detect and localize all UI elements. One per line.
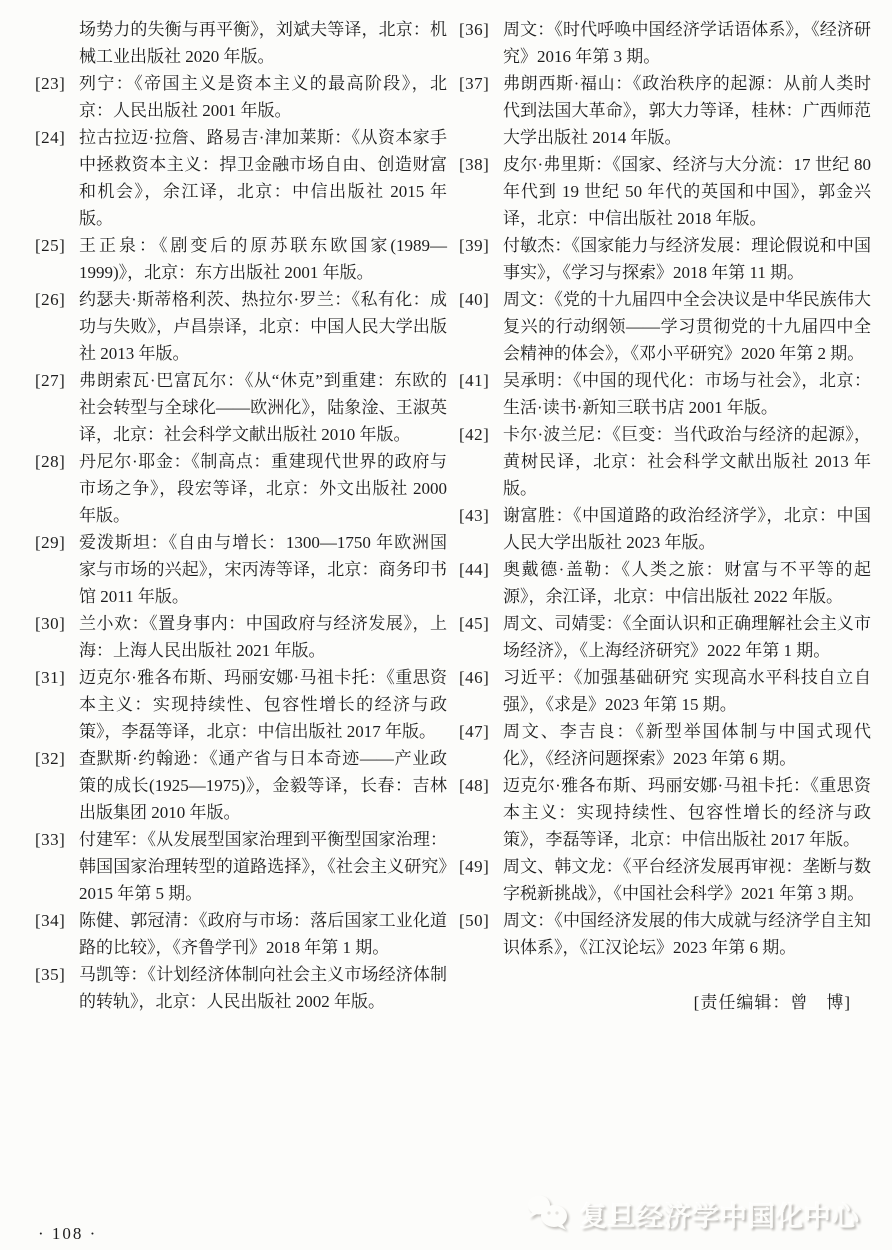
reference-text: 弗朗索瓦·巴富瓦尔：《从“休克”到重建：东欧的社会转型与全球化——欧洲化》，陆象… [79, 367, 447, 448]
reference-text: 付建军：《从发展型国家治理到平衡型国家治理：韩国国家治理转型的道路选择》，《社会… [79, 826, 447, 907]
reference-text: 皮尔·弗里斯：《国家、经济与大分流：17 世纪 80 年代到 19 世纪 50 … [503, 151, 871, 232]
reference-text: 场势力的失衡与再平衡》，刘斌夫等译，北京：机械工业出版社 2020 年版。 [79, 16, 447, 70]
references-column-right: [36]周文：《时代呼唤中国经济学话语体系》，《经济研究》2016 年第 3 期… [459, 16, 871, 1016]
reference-item: [36]周文：《时代呼唤中国经济学话语体系》，《经济研究》2016 年第 3 期… [459, 16, 871, 70]
reference-number: [26] [35, 286, 79, 367]
reference-number: [30] [35, 610, 79, 664]
reference-item: [47]周文、李吉良：《新型举国体制与中国式现代化》，《经济问题探索》2023 … [459, 718, 871, 772]
reference-text: 陈健、郭冠清：《政府与市场：落后国家工业化道路的比较》，《齐鲁学刊》2018 年… [79, 907, 447, 961]
reference-number: [39] [459, 232, 503, 286]
reference-number: [40] [459, 286, 503, 367]
reference-number: [23] [35, 70, 79, 124]
reference-item: [33]付建军：《从发展型国家治理到平衡型国家治理：韩国国家治理转型的道路选择》… [35, 826, 447, 907]
reference-text: 谢富胜：《中国道路的政治经济学》，北京：中国人民大学出版社 2023 年版。 [503, 502, 871, 556]
reference-text: 吴承明：《中国的现代化：市场与社会》，北京：生活·读书·新知三联书店 2001 … [503, 367, 871, 421]
reference-text: 习近平：《加强基础研究 实现高水平科技自立自强》，《求是》2023 年第 15 … [503, 664, 871, 718]
reference-item: [29]爱泼斯坦：《自由与增长：1300—1750 年欧洲国家与市场的兴起》，宋… [35, 529, 447, 610]
reference-item: [31]迈克尔·雅各布斯、玛丽安娜·马祖卡托：《重思资本主义：实现持续性、包容性… [35, 664, 447, 745]
reference-text: 迈克尔·雅各布斯、玛丽安娜·马祖卡托：《重思资本主义：实现持续性、包容性增长的经… [503, 772, 871, 853]
references-column-right-items: [36]周文：《时代呼唤中国经济学话语体系》，《经济研究》2016 年第 3 期… [459, 16, 871, 961]
reference-item: [23]列宁：《帝国主义是资本主义的最高阶段》，北京：人民出版社 2001 年版… [35, 70, 447, 124]
reference-item: [34]陈健、郭冠清：《政府与市场：落后国家工业化道路的比较》，《齐鲁学刊》20… [35, 907, 447, 961]
reference-text: 周文：《时代呼唤中国经济学话语体系》，《经济研究》2016 年第 3 期。 [503, 16, 871, 70]
reference-number: [28] [35, 448, 79, 529]
reference-text: 爱泼斯坦：《自由与增长：1300—1750 年欧洲国家与市场的兴起》，宋丙涛等译… [79, 529, 447, 610]
reference-text: 周文：《党的十九届四中全会决议是中华民族伟大复兴的行动纲领——学习贯彻党的十九届… [503, 286, 871, 367]
reference-text: 周文、韩文龙：《平台经济发展再审视：垄断与数字税新挑战》，《中国社会科学》202… [503, 853, 871, 907]
reference-text: 约瑟夫·斯蒂格利茨、热拉尔·罗兰：《私有化：成功与失败》，卢昌崇译，北京：中国人… [79, 286, 447, 367]
reference-item: [39]付敏杰：《国家能力与经济发展：理论假说和中国事实》，《学习与探索》201… [459, 232, 871, 286]
reference-text: 迈克尔·雅各布斯、玛丽安娜·马祖卡托：《重思资本主义：实现持续性、包容性增长的经… [79, 664, 447, 745]
reference-number: [45] [459, 610, 503, 664]
reference-number: [31] [35, 664, 79, 745]
reference-number: [44] [459, 556, 503, 610]
references-section: 场势力的失衡与再平衡》，刘斌夫等译，北京：机械工业出版社 2020 年版。[23… [35, 16, 871, 1016]
reference-number: [50] [459, 907, 503, 961]
reference-text: 奥戴德·盖勒：《人类之旅：财富与不平等的起源》，余江译，北京：中信出版社 202… [503, 556, 871, 610]
page-number: · 108 · [38, 1224, 97, 1244]
reference-item: [41]吴承明：《中国的现代化：市场与社会》，北京：生活·读书·新知三联书店 2… [459, 367, 871, 421]
reference-item: [25]王正泉：《剧变后的原苏联东欧国家(1989—1999)》，北京：东方出版… [35, 232, 447, 286]
reference-number: [29] [35, 529, 79, 610]
reference-text: 丹尼尔·耶金：《制高点：重建现代世界的政府与市场之争》，段宏等译，北京：外文出版… [79, 448, 447, 529]
reference-number: [27] [35, 367, 79, 448]
reference-item: [26]约瑟夫·斯蒂格利茨、热拉尔·罗兰：《私有化：成功与失败》，卢昌崇译，北京… [35, 286, 447, 367]
reference-item: [30]兰小欢：《置身事内：中国政府与经济发展》，上海：上海人民出版社 2021… [35, 610, 447, 664]
reference-item: [50]周文：《中国经济发展的伟大成就与经济学自主知识体系》，《江汉论坛》202… [459, 907, 871, 961]
editor-note: [责任编辑：曾 博] [459, 989, 871, 1016]
reference-item: [27]弗朗索瓦·巴富瓦尔：《从“休克”到重建：东欧的社会转型与全球化——欧洲化… [35, 367, 447, 448]
reference-number: [49] [459, 853, 503, 907]
wechat-logo-icon [526, 1191, 572, 1238]
reference-item: [35]马凯等：《计划经济体制向社会主义市场经济体制的转轨》，北京：人民出版社 … [35, 961, 447, 1015]
watermark: 复旦经济学中国化中心 [526, 1191, 860, 1238]
reference-number: [36] [459, 16, 503, 70]
reference-item: [40]周文：《党的十九届四中全会决议是中华民族伟大复兴的行动纲领——学习贯彻党… [459, 286, 871, 367]
reference-number: [41] [459, 367, 503, 421]
reference-number: [37] [459, 70, 503, 151]
reference-number: [33] [35, 826, 79, 907]
reference-text: 周文、司婧雯：《全面认识和正确理解社会主义市场经济》，《上海经济研究》2022 … [503, 610, 871, 664]
reference-text: 卡尔·波兰尼：《巨变：当代政治与经济的起源》，黄树民译，北京：社会科学文献出版社… [503, 421, 871, 502]
reference-number [35, 16, 79, 70]
reference-item: [24]拉古拉迈·拉詹、路易吉·津加莱斯：《从资本家手中拯救资本主义：捍卫金融市… [35, 124, 447, 232]
watermark-text: 复旦经济学中国化中心 [580, 1195, 860, 1234]
reference-item: [45]周文、司婧雯：《全面认识和正确理解社会主义市场经济》，《上海经济研究》2… [459, 610, 871, 664]
reference-number: [47] [459, 718, 503, 772]
reference-text: 拉古拉迈·拉詹、路易吉·津加莱斯：《从资本家手中拯救资本主义：捍卫金融市场自由、… [79, 124, 447, 232]
reference-item: [28]丹尼尔·耶金：《制高点：重建现代世界的政府与市场之争》，段宏等译，北京：… [35, 448, 447, 529]
reference-number: [42] [459, 421, 503, 502]
document-page: 场势力的失衡与再平衡》，刘斌夫等译，北京：机械工业出版社 2020 年版。[23… [0, 0, 892, 1250]
reference-item: [37]弗朗西斯·福山：《政治秩序的起源：从前人类时代到法国大革命》，郭大力等译… [459, 70, 871, 151]
reference-text: 周文：《中国经济发展的伟大成就与经济学自主知识体系》，《江汉论坛》2023 年第… [503, 907, 871, 961]
reference-item: [49]周文、韩文龙：《平台经济发展再审视：垄断与数字税新挑战》，《中国社会科学… [459, 853, 871, 907]
references-column-left: 场势力的失衡与再平衡》，刘斌夫等译，北京：机械工业出版社 2020 年版。[23… [35, 16, 447, 1016]
reference-text: 查默斯·约翰逊：《通产省与日本奇迹——产业政策的成长(1925—1975)》，金… [79, 745, 447, 826]
reference-number: [43] [459, 502, 503, 556]
reference-text: 王正泉：《剧变后的原苏联东欧国家(1989—1999)》，北京：东方出版社 20… [79, 232, 447, 286]
reference-number: [48] [459, 772, 503, 853]
reference-item: [46]习近平：《加强基础研究 实现高水平科技自立自强》，《求是》2023 年第… [459, 664, 871, 718]
reference-item: [43]谢富胜：《中国道路的政治经济学》，北京：中国人民大学出版社 2023 年… [459, 502, 871, 556]
reference-item: [42]卡尔·波兰尼：《巨变：当代政治与经济的起源》，黄树民译，北京：社会科学文… [459, 421, 871, 502]
reference-text: 列宁：《帝国主义是资本主义的最高阶段》，北京：人民出版社 2001 年版。 [79, 70, 447, 124]
reference-number: [25] [35, 232, 79, 286]
reference-text: 兰小欢：《置身事内：中国政府与经济发展》，上海：上海人民出版社 2021 年版。 [79, 610, 447, 664]
reference-text: 周文、李吉良：《新型举国体制与中国式现代化》，《经济问题探索》2023 年第 6… [503, 718, 871, 772]
reference-number: [38] [459, 151, 503, 232]
reference-text: 马凯等：《计划经济体制向社会主义市场经济体制的转轨》，北京：人民出版社 2002… [79, 961, 447, 1015]
reference-number: [24] [35, 124, 79, 232]
reference-number: [46] [459, 664, 503, 718]
reference-item: [48]迈克尔·雅各布斯、玛丽安娜·马祖卡托：《重思资本主义：实现持续性、包容性… [459, 772, 871, 853]
reference-item: [38]皮尔·弗里斯：《国家、经济与大分流：17 世纪 80 年代到 19 世纪… [459, 151, 871, 232]
reference-item: [44]奥戴德·盖勒：《人类之旅：财富与不平等的起源》，余江译，北京：中信出版社… [459, 556, 871, 610]
reference-text: 付敏杰：《国家能力与经济发展：理论假说和中国事实》，《学习与探索》2018 年第… [503, 232, 871, 286]
reference-item: [32]查默斯·约翰逊：《通产省与日本奇迹——产业政策的成长(1925—1975… [35, 745, 447, 826]
reference-number: [35] [35, 961, 79, 1015]
reference-text: 弗朗西斯·福山：《政治秩序的起源：从前人类时代到法国大革命》，郭大力等译，桂林：… [503, 70, 871, 151]
reference-item: 场势力的失衡与再平衡》，刘斌夫等译，北京：机械工业出版社 2020 年版。 [35, 16, 447, 70]
reference-number: [32] [35, 745, 79, 826]
reference-number: [34] [35, 907, 79, 961]
